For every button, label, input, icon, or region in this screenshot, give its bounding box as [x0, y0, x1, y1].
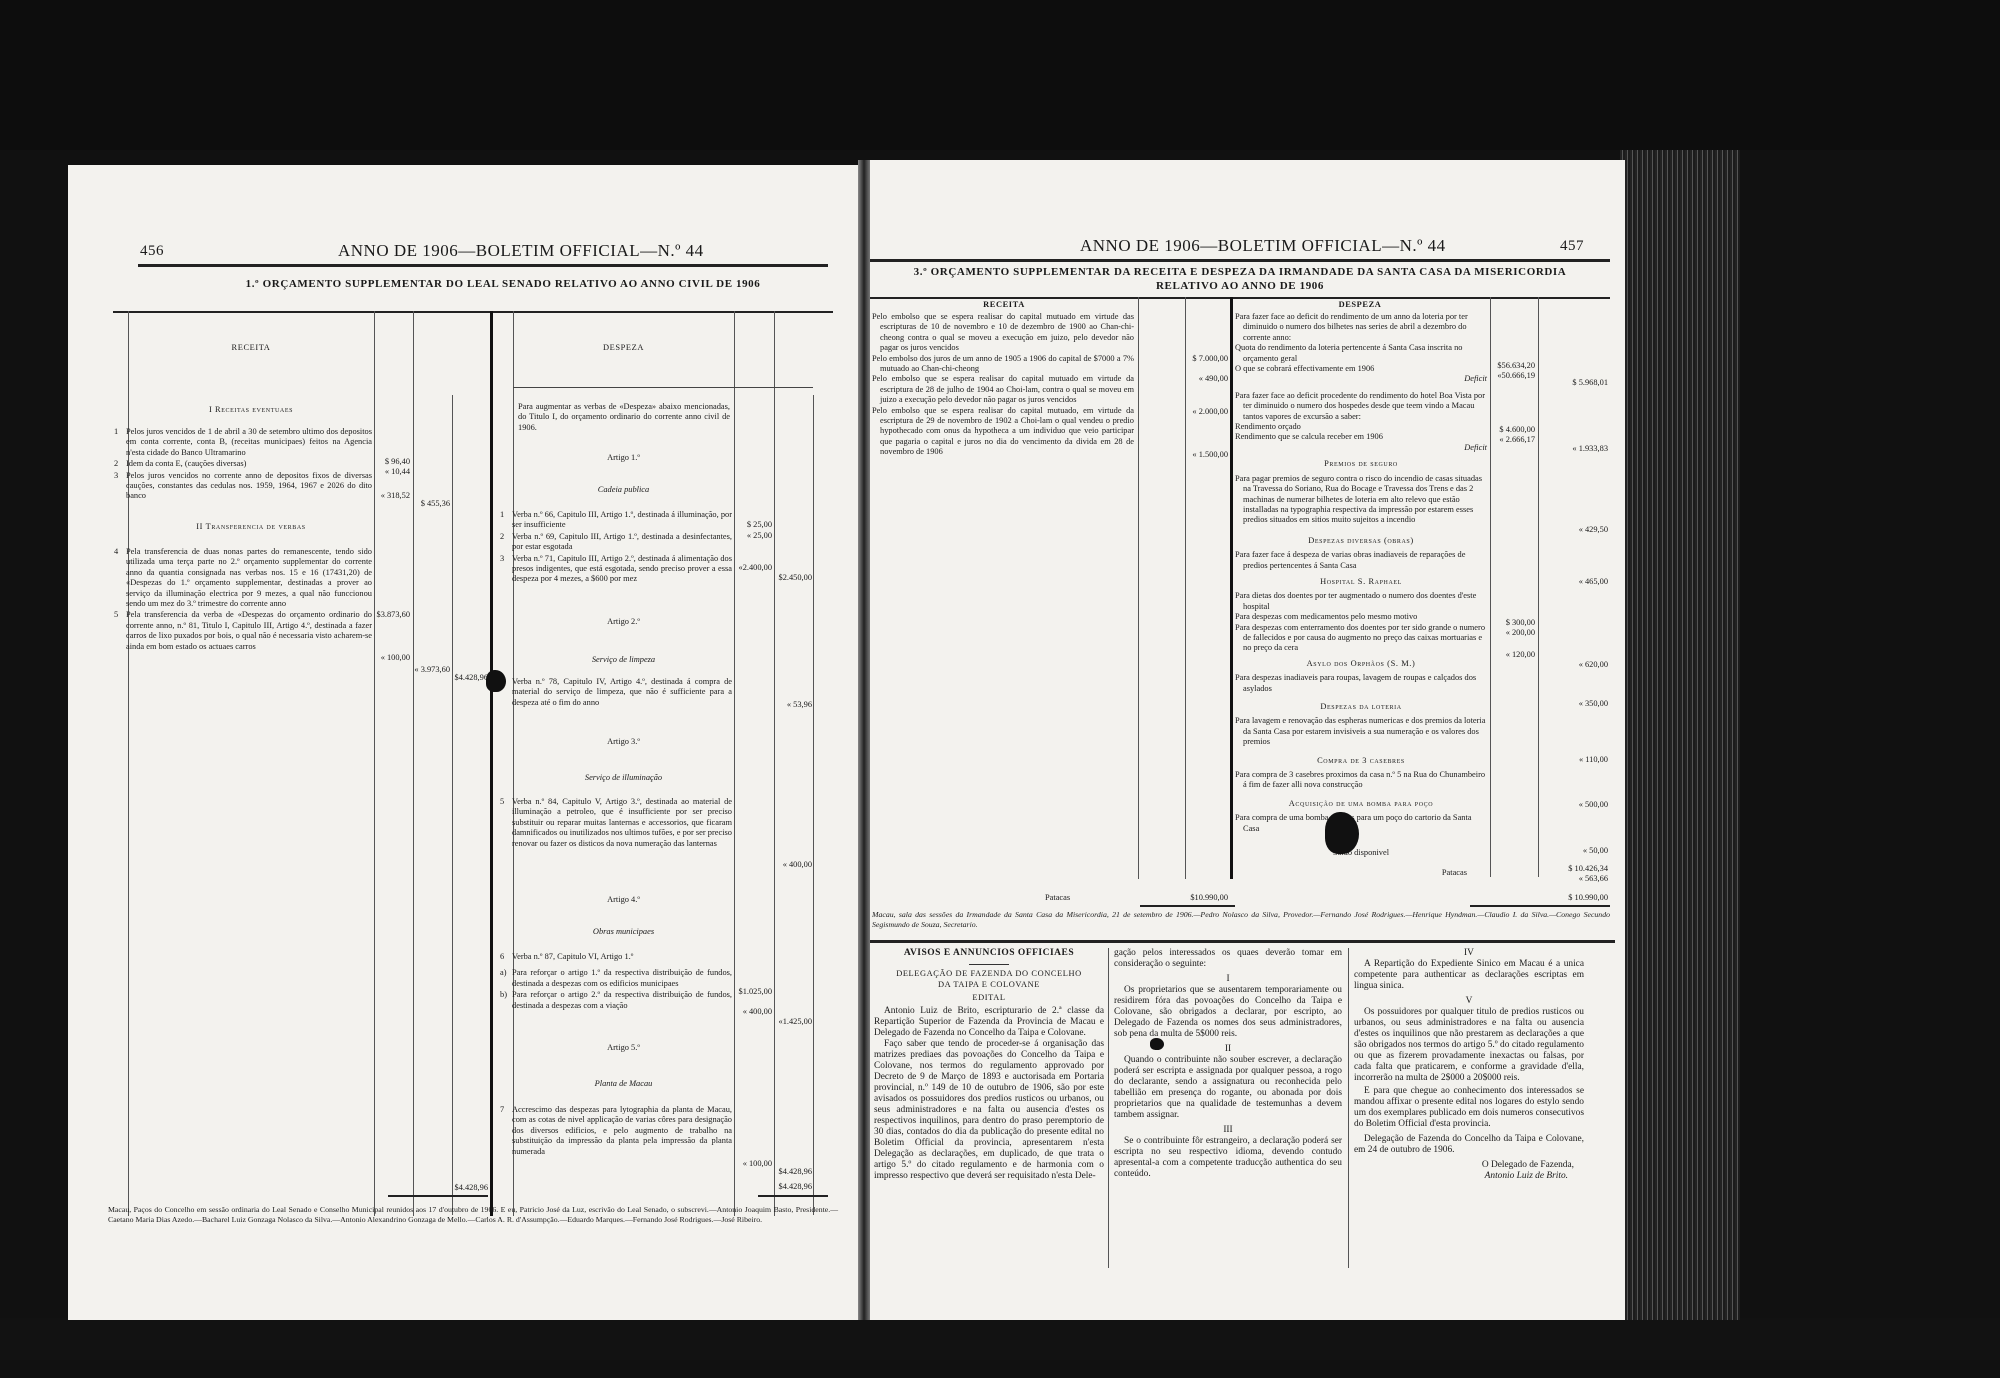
line: Para fazer face ao deficit do rendimento… — [1235, 312, 1487, 343]
col-line — [413, 311, 414, 1216]
despeza-item: 4Verba n.º 78, Capitulo IV, Artigo 4.º, … — [500, 677, 732, 708]
receita-section-1: I Receitas eventuaes — [128, 405, 374, 415]
line: Rendimento que se calcula receber em 190… — [1235, 432, 1487, 442]
line: Para pagar premios de seguro contra o ri… — [1235, 474, 1487, 526]
artigo-2-items: 4Verba n.º 78, Capitulo IV, Artigo 4.º, … — [500, 677, 732, 709]
section-planta-macau: Planta de Macau — [513, 1079, 734, 1089]
col-line — [452, 395, 453, 1215]
amount: $ 96,40 — [374, 457, 410, 466]
artigo-5: Artigo 5.º — [513, 1043, 734, 1053]
ink-blot — [1325, 812, 1359, 854]
receita-item: Pelo embolso dos juros de um anno de 190… — [872, 354, 1134, 375]
despeza-total: $ 10.990,00 — [1538, 893, 1608, 902]
amount: $ 300,00 — [1490, 618, 1535, 627]
line: Para despezas com medicamentos pelo mesm… — [1235, 612, 1487, 622]
saldo-label: Saldo disponivel — [1235, 848, 1487, 858]
senate-signature-footer: Macau, Paços do Concelho em sessão ordin… — [108, 1205, 838, 1225]
despeza-item: 7Accrescimo das despezas para lytographi… — [500, 1105, 732, 1157]
line: Rendimento orçado — [1235, 422, 1487, 432]
col-line — [1185, 297, 1186, 879]
despeza-final-total: $4.428,96 — [774, 1182, 812, 1191]
amount: «50.666,19 — [1490, 371, 1535, 380]
line: Para fazer face ao deficit procedente do… — [1235, 391, 1487, 422]
amount: « 2.000,00 — [1185, 407, 1228, 416]
artigo-3: Artigo 3.º — [513, 737, 734, 747]
despeza-item: b)Para reforçar o artigo 2.º da respecti… — [500, 990, 732, 1011]
running-head: ANNO DE 1906—BOLETIM OFFICIAL—N.º 44 — [338, 241, 704, 261]
amount: « 25,00 — [734, 531, 772, 540]
amount: $ 4.600,00 — [1490, 425, 1535, 434]
table-top-rule — [113, 311, 833, 313]
budget-title-line1: 3.º ORÇAMENTO SUPPLEMENTAR DA RECEITA E … — [870, 266, 1610, 278]
col-line — [1108, 948, 1109, 1268]
line: Quota do rendimento da loteria pertencen… — [1235, 343, 1487, 364]
section-text: Quando o contribuinte não souber escreve… — [1114, 1055, 1342, 1121]
amount: «2.400,00 — [734, 563, 772, 572]
signer-name: Antonio Luiz de Brito. — [1354, 1171, 1584, 1182]
right-page: ANNO DE 1906—BOLETIM OFFICIAL—N.º 44 457… — [870, 160, 1625, 1320]
santa-casa-signature: Macau, sala das sessões da Irmandade da … — [872, 910, 1610, 930]
patacas-label: Patacas — [1045, 893, 1135, 903]
total: « 110,00 — [1538, 755, 1608, 764]
receita-item: 3Pelos juros vencidos no corrente anno d… — [114, 471, 372, 502]
heading-asylo: Asylo dos Orphãos (S. M.) — [1235, 659, 1487, 669]
receita-items: Pelo embolso que se espera realisar do c… — [872, 312, 1134, 458]
budget-title: 1.º ORÇAMENTO SUPPLEMENTAR DO LEAL SENAD… — [178, 278, 828, 290]
section-text: Se o contribuinte fôr estrangeiro, a dec… — [1114, 1136, 1342, 1180]
heading-hospital: Hospital S. Raphael — [1235, 577, 1487, 587]
signer-title: O Delegado de Fazenda, — [1354, 1160, 1584, 1171]
line-deficit: Deficit — [1235, 443, 1487, 453]
line: Para lavagem e renovação das espheras nu… — [1235, 716, 1487, 747]
col-line-main — [490, 311, 493, 1216]
section-servico-limpeza: Serviço de limpeza — [513, 655, 734, 665]
despeza-intro: Para augmentar as verbas de «Despeza» ab… — [518, 402, 730, 433]
divider — [969, 964, 1009, 965]
section-divider — [870, 940, 1615, 943]
receita-item: Pelo embolso que se espera realisar do c… — [872, 406, 1134, 458]
artigo-1: Artigo 1.º — [513, 453, 734, 463]
receita-final-total: $4.428,96 — [413, 1183, 488, 1192]
despeza-item: 3Verba n.º 71, Capitulo III, Artigo 2.º,… — [500, 554, 732, 585]
despeza-item: 2Verba n.º 69, Capitulo III, Artigo 1.º,… — [500, 532, 732, 553]
line: Para dietas dos doentes por ter augmenta… — [1235, 591, 1487, 612]
ink-blot — [486, 670, 506, 692]
amount: « 120,00 — [1490, 650, 1535, 659]
heading-despezas-diversas: Despezas diversas (obras) — [1235, 536, 1487, 546]
total-rule — [1140, 905, 1235, 907]
delegacao-heading: DELEGAÇÃO DE FAZENDA DO CONCELHO DA TAIP… — [874, 969, 1104, 990]
col-line — [813, 395, 814, 1215]
heading-casebres: Compra de 3 casebres — [1235, 756, 1487, 766]
total-rule — [758, 1195, 828, 1197]
col-line — [1490, 297, 1491, 877]
sum: $ 10.426,34 — [1538, 864, 1608, 873]
edital-para-1: Antonio Luiz de Brito, escripturario de … — [874, 1006, 1104, 1039]
avisos-heading: AVISOS E ANNUNCIOS OFFICIAES — [874, 948, 1104, 958]
avisos-column-3: IV A Repartição do Expediente Sinico em … — [1354, 948, 1584, 1182]
total: « 350,00 — [1538, 699, 1608, 708]
receita-item: 5Pela transferencia da verba de «Despeza… — [114, 610, 372, 652]
amount: « 200,00 — [1490, 628, 1535, 637]
col2-intro: gação pelos interessados os quaes deverã… — [1114, 948, 1342, 970]
artigo-1-items: 1Verba n.º 66, Capitulo III, Artigo 1.º,… — [500, 510, 732, 586]
group-hotel-deficit: Para fazer face ao deficit procedente do… — [1235, 391, 1487, 453]
col-line — [1348, 948, 1349, 1268]
running-head: ANNO DE 1906—BOLETIM OFFICIAL—N.º 44 — [1080, 236, 1446, 256]
amount: « 318,52 — [374, 491, 410, 500]
total: « 620,00 — [1538, 660, 1608, 669]
despeza-item: 1Verba n.º 66, Capitulo III, Artigo 1.º,… — [500, 510, 732, 531]
edital-para-2: Faço saber que tendo de proceder-se á or… — [874, 1039, 1104, 1182]
line: Para fazer face á despeza de varias obra… — [1235, 550, 1487, 571]
table-top-rule — [870, 297, 1610, 299]
budget-title-line2: RELATIVO AO ANNO DE 1906 — [870, 280, 1610, 292]
receita-heading: RECEITA — [128, 343, 374, 353]
saldo-disponivel: « 563,66 — [1538, 874, 1608, 883]
avisos-column-1: AVISOS E ANNUNCIOS OFFICIAES DELEGAÇÃO D… — [874, 948, 1104, 1182]
despeza-groups: Para fazer face ao deficit do rendimento… — [1235, 312, 1487, 879]
artigo-2: Artigo 2.º — [513, 617, 734, 627]
book-page-edges — [1620, 150, 1740, 1320]
page-number: 456 — [140, 243, 164, 260]
subtotal: « 3.973,60 — [413, 665, 450, 674]
scan-background-top — [0, 0, 2000, 150]
receita-item: Pelo embolso que se espera realisar do c… — [872, 374, 1134, 405]
artigo-4-items: 6Verba n.º 87, Capitulo VI, Artigo 1.º a… — [500, 952, 732, 1012]
heading-loteria: Despezas da loteria — [1235, 702, 1487, 712]
page-number: 457 — [1560, 238, 1584, 255]
despeza-item: 5Verba n.º 84, Capitulo V, Artigo 3.º, d… — [500, 797, 732, 849]
total-rule — [388, 1195, 488, 1197]
amount: « 490,00 — [1185, 374, 1228, 383]
receita-item: Pelo embolso que se espera realisar do c… — [872, 312, 1134, 354]
amount: $ 7.000,00 — [1185, 354, 1228, 363]
place-date: Delegação de Fazenda do Concelho da Taip… — [1354, 1134, 1584, 1156]
despeza-heading: DESPEZA — [513, 343, 734, 353]
receita-item: 1Pelos juros vencidos de 1 de abril a 30… — [114, 427, 372, 458]
section-number: V — [1354, 996, 1584, 1007]
section-text: Os proprietarios que se ausentarem tempo… — [1114, 985, 1342, 1040]
receita-total: $10.990,00 — [1185, 893, 1228, 902]
line-deficit: Deficit — [1235, 374, 1487, 384]
section-number: II — [1114, 1044, 1342, 1055]
col-line-main — [1230, 297, 1233, 879]
receita-items: 1Pelos juros vencidos de 1 de abril a 30… — [114, 427, 372, 503]
line: Para despezas inadiaveis para roupas, la… — [1235, 673, 1487, 694]
head-rule — [138, 264, 828, 267]
section-obras-municipaes: Obras municipaes — [513, 927, 734, 937]
section-text: A Repartição do Expediente Sinico em Mac… — [1354, 959, 1584, 992]
despeza-head-rule — [513, 387, 813, 388]
line: O que se cobrará effectivamente em 1906 — [1235, 364, 1487, 374]
scan-background-bottom — [0, 1318, 2000, 1360]
receita-total: $4.428,96 — [452, 673, 488, 682]
receita-item: 2Idem da conta E, (cauções diversas) — [114, 459, 372, 469]
total: « 50,00 — [1538, 846, 1608, 855]
amount: $3.873,60 — [374, 610, 410, 619]
book-gutter — [858, 160, 870, 1320]
amount: $ 25,00 — [734, 520, 772, 529]
section-number: I — [1114, 974, 1342, 985]
total: « 500,00 — [1538, 800, 1608, 809]
receita-heading: RECEITA — [870, 300, 1138, 310]
total: « 1.933,83 — [1538, 444, 1608, 453]
receita-item: 4Pela transferencia de duas nonas partes… — [114, 547, 372, 609]
despeza-item: a)Para reforçar o artigo 1.º da respecti… — [500, 968, 732, 989]
subtotal: «1.425,00 — [774, 1017, 812, 1026]
subtotal: « 53,96 — [774, 700, 812, 709]
section-cadeia-publica: Cadeia publica — [513, 485, 734, 495]
subtotal: « 400,00 — [774, 860, 812, 869]
left-page: 456 ANNO DE 1906—BOLETIM OFFICIAL—N.º 44… — [68, 165, 858, 1320]
amount: « 2.666,17 — [1490, 435, 1535, 444]
despeza-total: $4.428,96 — [774, 1167, 812, 1176]
despeza-heading: DESPEZA — [1230, 300, 1490, 310]
patacas-label: Patacas — [1235, 868, 1487, 878]
amount: « 100,00 — [374, 653, 410, 662]
total: $ 5.968,01 — [1538, 378, 1608, 387]
amount: « 10,44 — [374, 467, 410, 476]
ink-blot — [1150, 1038, 1164, 1050]
group-loteria-deficit: Para fazer face ao deficit do rendimento… — [1235, 312, 1487, 385]
section-servico-illuminacao: Serviço de illuminação — [513, 773, 734, 783]
heading-bomba: Acquisição de uma bomba para poço — [1235, 799, 1487, 809]
section-number: IV — [1354, 948, 1584, 959]
subtotal: $2.450,00 — [774, 573, 812, 582]
line: Para compra de 3 casebres proximos da ca… — [1235, 770, 1487, 791]
heading-premios-seguro: Premios de seguro — [1235, 459, 1487, 469]
artigo-3-items: 5Verba n.º 84, Capitulo V, Artigo 3.º, d… — [500, 797, 732, 850]
amount: $56.634,20 — [1490, 361, 1535, 370]
closing-paragraph: E para que chegue ao conhecimento dos in… — [1354, 1086, 1584, 1130]
col-line — [774, 311, 775, 1216]
subtotal: $ 455,36 — [413, 499, 450, 508]
total-rule — [1470, 905, 1610, 907]
avisos-column-2: gação pelos interessados os quaes deverã… — [1114, 948, 1342, 1180]
amount: $1.025,00 — [734, 987, 772, 996]
edital-heading: EDITAL — [874, 993, 1104, 1003]
total: « 429,50 — [1538, 525, 1608, 534]
section-number: III — [1114, 1125, 1342, 1136]
amount: « 400,00 — [734, 1007, 772, 1016]
receita-items-2: 4Pela transferencia de duas nonas partes… — [114, 547, 372, 653]
col-line — [734, 311, 735, 1216]
line: Para compra de uma bomba e tubos para um… — [1235, 813, 1487, 834]
col-line — [374, 311, 375, 1216]
subtotal: « 100,00 — [734, 1159, 772, 1168]
amount: « 1.500,00 — [1185, 450, 1228, 459]
despeza-item: 6Verba n.º 87, Capitulo VI, Artigo 1.º — [500, 952, 732, 962]
total: « 465,00 — [1538, 577, 1608, 586]
artigo-4: Artigo 4.º — [513, 895, 734, 905]
receita-section-2: II Transferencia de verbas — [128, 522, 374, 532]
head-rule — [870, 259, 1610, 262]
col-line — [1138, 297, 1139, 879]
line: Para despezas com enterramento dos doent… — [1235, 623, 1487, 654]
section-text: Os possuidores por qualquer titulo de pr… — [1354, 1007, 1584, 1084]
artigo-5-items: 7Accrescimo das despezas para lytographi… — [500, 1105, 732, 1158]
